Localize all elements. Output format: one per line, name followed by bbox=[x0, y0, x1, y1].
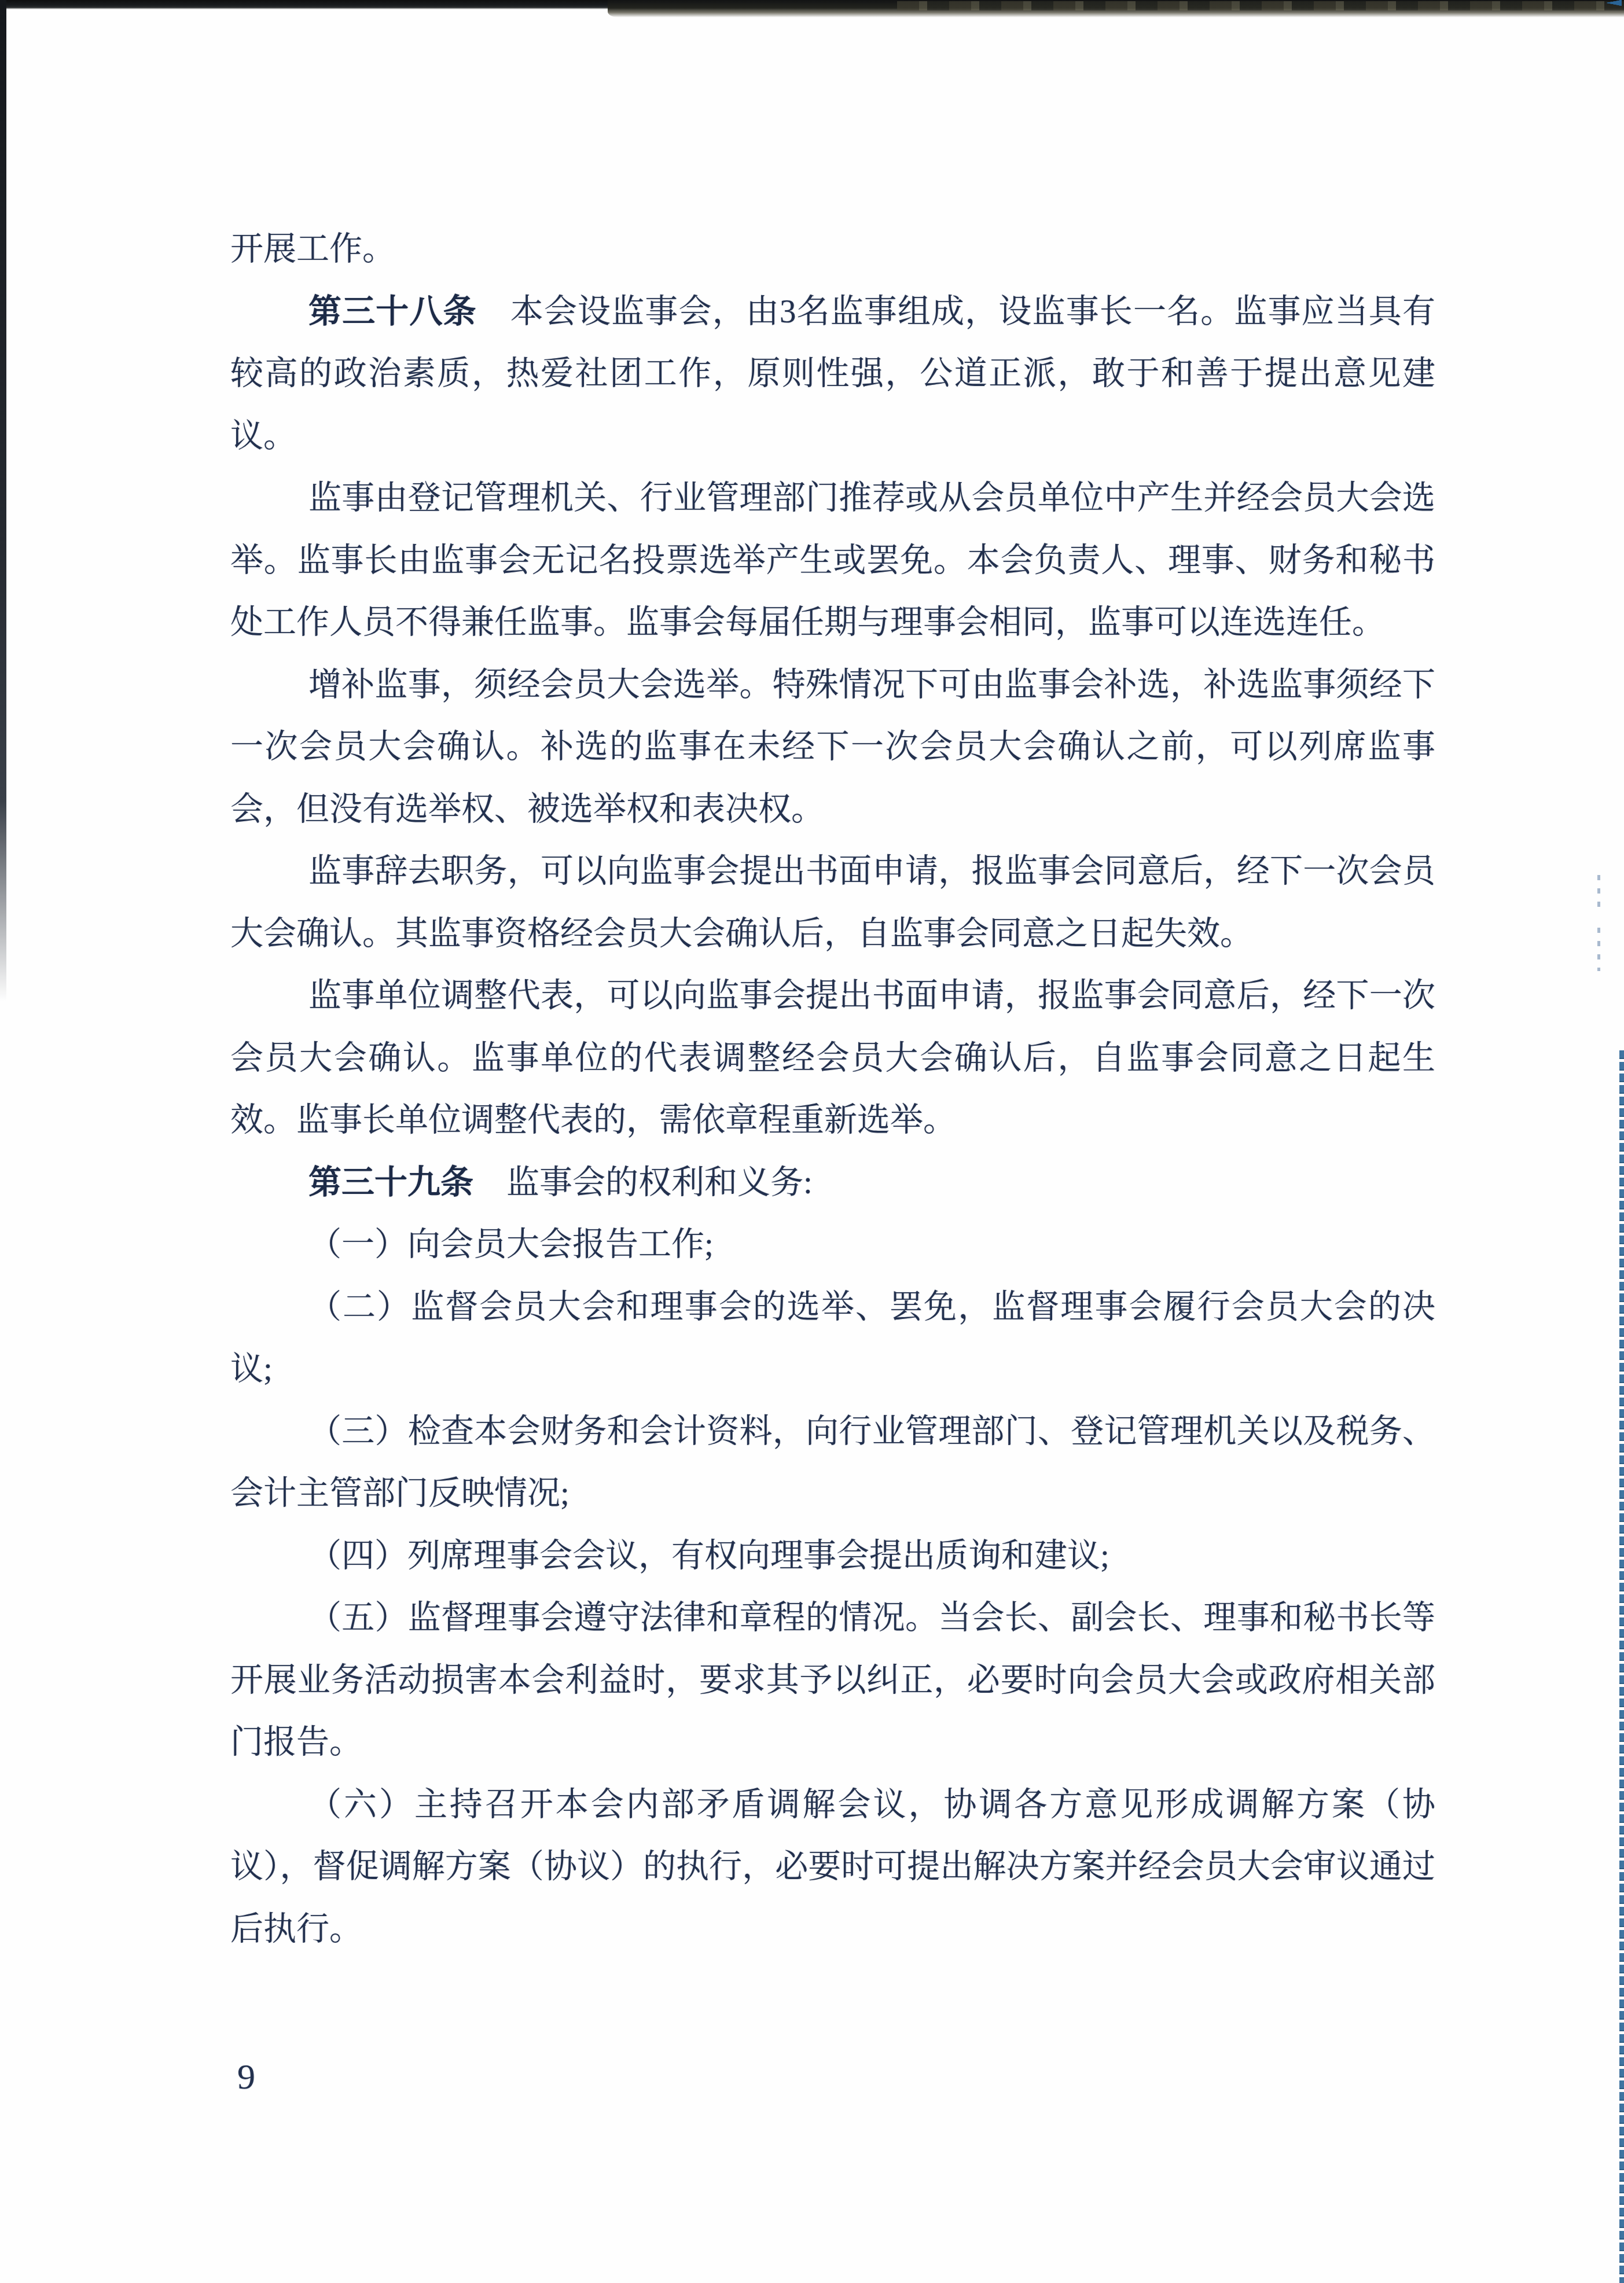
paragraph-item-6: （六）主持召开本会内部矛盾调解会议，协调各方意见形成调解方案（协议），督促调解方… bbox=[230, 1774, 1435, 1961]
article-number: 第三十八条 bbox=[308, 293, 510, 330]
paragraph-article-39: 第三十九条 监事会的权利和义务: bbox=[230, 1152, 1435, 1214]
paragraph-text: （六）主持召开本会内部矛盾调解会议，协调各方意见形成调解方案（协议），督促调解方… bbox=[230, 1786, 1435, 1947]
paragraph-text: 增补监事，须经会员大会选举。特殊情况下可由监事会补选，补选监事须经下一次会员大会… bbox=[230, 667, 1435, 828]
document-body: 开展工作。 第三十八条 本会设监事会，由3名监事组成，设监事长一名。监事应当具有… bbox=[230, 218, 1435, 1960]
scan-blue-spike-artifact bbox=[1607, 0, 1622, 6]
paragraph: 增补监事，须经会员大会选举。特殊情况下可由监事会补选，补选监事须经下一次会员大会… bbox=[230, 654, 1435, 841]
paragraph-text: 监事会的权利和义务: bbox=[506, 1164, 813, 1201]
paragraph-text: 监事由登记管理机关、行业管理部门推荐或从会员单位中产生并经会员大会选举。监事长由… bbox=[230, 480, 1435, 641]
scanned-document-page: { "colors": { "ink": "#22304e", "ink-bol… bbox=[0, 0, 1624, 2283]
paragraph-item-2: （二）监督会员大会和理事会的选举、罢免，监督理事会履行会员大会的决议; bbox=[230, 1276, 1435, 1400]
paragraph-text: 监事单位调整代表，可以向监事会提出书面申请，报监事会同意后，经下一次会员大会确认… bbox=[230, 977, 1435, 1138]
scan-edge-top-olive-mottle bbox=[897, 1, 1624, 10]
page-number: 9 bbox=[237, 2059, 255, 2095]
article-number: 第三十九条 bbox=[308, 1164, 506, 1201]
paragraph-item-1: （一）向会员大会报告工作; bbox=[230, 1214, 1435, 1276]
paragraph-item-5: （五）监督理事会遵守法律和章程的情况。当会长、副会长、理事和秘书长等开展业务活动… bbox=[230, 1587, 1435, 1774]
paragraph: 监事单位调整代表，可以向监事会提出书面申请，报监事会同意后，经下一次会员大会确认… bbox=[230, 965, 1435, 1152]
paragraph-item-4: （四）列席理事会会议，有权向理事会提出质询和建议; bbox=[230, 1525, 1435, 1587]
paragraph-text: （二）监督会员大会和理事会的选举、罢免，监督理事会履行会员大会的决议; bbox=[230, 1289, 1435, 1388]
scan-faint-dotted-marks-lower bbox=[1597, 928, 1600, 971]
paragraph: 监事辞去职务，可以向监事会提出书面申请，报监事会同意后，经下一次会员大会确认。其… bbox=[230, 840, 1435, 965]
paragraph-article-38: 第三十八条 本会设监事会，由3名监事组成，设监事长一名。监事应当具有较高的政治素… bbox=[230, 281, 1435, 468]
paragraph-text: 监事辞去职务，可以向监事会提出书面申请，报监事会同意后，经下一次会员大会确认。其… bbox=[230, 853, 1435, 952]
paragraph-item-3: （三）检查本会财务和会计资料，向行业管理部门、登记管理机关以及税务、会计主管部门… bbox=[230, 1400, 1435, 1525]
paragraph-text: 开展工作。 bbox=[230, 231, 395, 267]
paragraph-text: （三）检查本会财务和会计资料，向行业管理部门、登记管理机关以及税务、会计主管部门… bbox=[230, 1413, 1435, 1512]
scan-faint-dotted-marks-upper bbox=[1597, 875, 1600, 907]
paragraph-carryover: 开展工作。 bbox=[230, 218, 1435, 281]
paragraph-text: （五）监督理事会遵守法律和章程的情况。当会长、副会长、理事和秘书长等开展业务活动… bbox=[230, 1600, 1435, 1760]
paragraph: 监事由登记管理机关、行业管理部门推荐或从会员单位中产生并经会员大会选举。监事长由… bbox=[230, 467, 1435, 654]
paragraph-text: （四）列席理事会会议，有权向理事会提出质询和建议; bbox=[308, 1538, 1109, 1574]
paragraph-text: （一）向会员大会报告工作; bbox=[308, 1226, 714, 1263]
scan-edge-right-dashed-line bbox=[1619, 1050, 1624, 2283]
scan-edge-left-artifact bbox=[0, 0, 6, 1001]
